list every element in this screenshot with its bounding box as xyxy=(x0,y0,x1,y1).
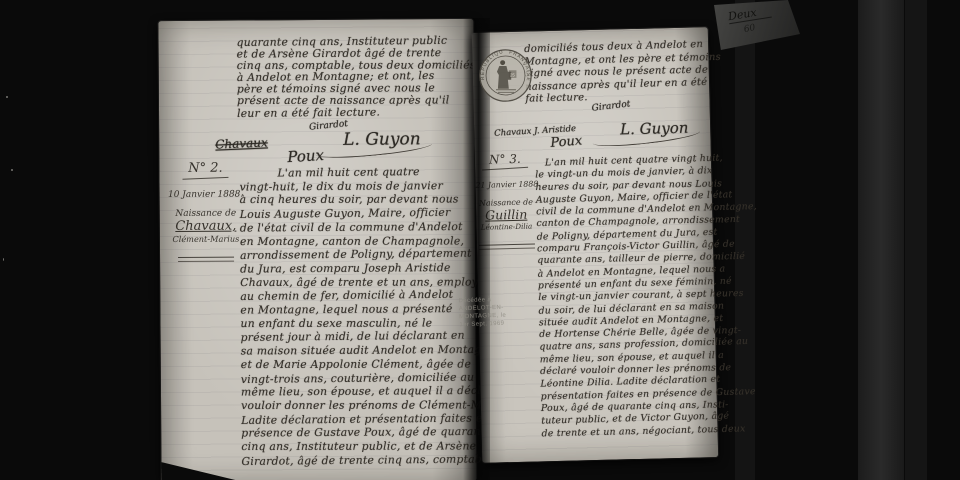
signature-chavaux: Chavaux xyxy=(215,135,268,151)
manuscript-line: Ladite déclaration et présentation faite… xyxy=(241,411,475,427)
manuscript-line: vingt-trois ans, couturière, domiciliée … xyxy=(241,370,475,386)
act1-closing-paragraph: quarante cinq ans, Instituteur publicet … xyxy=(237,35,478,119)
manuscript-line: leur en a été fait lecture. xyxy=(237,105,477,119)
scanner-background-streak xyxy=(905,0,927,480)
manuscript-line: même lieu, son épouse, et auquel il a dé… xyxy=(241,384,475,399)
republique-francaise-revenue-stamp: RÉPUBLIQUE FRANÇAISE 25 xyxy=(477,47,534,104)
margin-annotation-act2: N° 2. 10 Janvier 1888. Naissance de Chav… xyxy=(163,160,248,262)
record-type-label: Naissance de xyxy=(164,208,248,219)
manuscript-line: Louis Auguste Guyon, Maire, officier xyxy=(240,206,474,222)
next-page-corner: Deux 60 xyxy=(714,0,800,50)
manuscript-line: cinq ans, Instituteur public, et de Arsè… xyxy=(241,439,475,453)
manuscript-line: arrondissement de Poligny, département xyxy=(240,247,474,263)
page-corner-shadow xyxy=(161,455,245,480)
record-date: 10 Janvier 1888. xyxy=(164,189,248,200)
corner-handwritten-word: Deux xyxy=(727,4,771,24)
manuscript-line: Girardot, âgé de trente cinq ans, compta… xyxy=(241,452,475,468)
signature-guyon: L. Guyon xyxy=(343,129,421,150)
margin-separator-rule xyxy=(178,257,234,262)
scanner-background-streak xyxy=(735,0,755,480)
scanner-background-streak xyxy=(858,0,904,480)
stamp-value: 25 xyxy=(510,72,515,77)
manuscript-line: au chemin de fer, domicilié à Andelot xyxy=(240,288,474,304)
corner-page-number: 60 xyxy=(743,23,756,35)
scanned-register-spread: Deux 60 quarante cinq ans, Instituteur p… xyxy=(0,0,960,480)
death-margin-annotation: Décédée àANDELOT-EN-MONTAGNE, le1er Sept… xyxy=(458,295,531,329)
dust-speck xyxy=(3,258,4,261)
act2-closing-paragraph: domiciliés tous deux à Andelot enMontagn… xyxy=(524,39,703,106)
manuscript-line: présence de Gustave Poux, âgé de quarant… xyxy=(241,425,475,440)
dust-speck xyxy=(6,96,8,98)
manuscript-line: du Jura, est comparu Joseph Aristide xyxy=(240,261,474,276)
manuscript-line: et de Marie Appolonie Clément, âgée de xyxy=(241,357,475,371)
manuscript-line: quarante cinq ans, Instituteur public xyxy=(236,34,476,48)
act3-body-paragraph: L'an mil huit cent quatre vingt huit,le … xyxy=(535,153,714,440)
manuscript-line: en Montagne, lequel nous a présenté xyxy=(240,302,474,317)
record-number: N° 2. xyxy=(163,160,247,176)
dust-speck xyxy=(11,169,13,171)
margin-underline-rule xyxy=(182,177,228,180)
manuscript-line: de l'état civil de la commune d'Andelot xyxy=(240,220,474,235)
manuscript-line: L'an mil huit cent quatre xyxy=(239,165,473,181)
record-surname: Chavaux, xyxy=(164,218,248,234)
act2-body-paragraph: L'an mil huit cent quatrevingt-huit, le … xyxy=(239,165,475,468)
signature-guyon: L. Guyon xyxy=(620,119,689,139)
manuscript-line: sa maison située audit Andelot en Montag… xyxy=(241,343,475,358)
stamp-graphic: RÉPUBLIQUE FRANÇAISE 25 xyxy=(477,47,534,104)
signature-poux: Poux xyxy=(550,133,583,150)
manuscript-line: vouloir donner les prénoms de Clément-Ma… xyxy=(241,398,475,412)
record-given-names: Clément-Marius xyxy=(164,233,248,244)
register-page-left: quarante cinq ans, Instituteur publicet … xyxy=(158,19,476,480)
